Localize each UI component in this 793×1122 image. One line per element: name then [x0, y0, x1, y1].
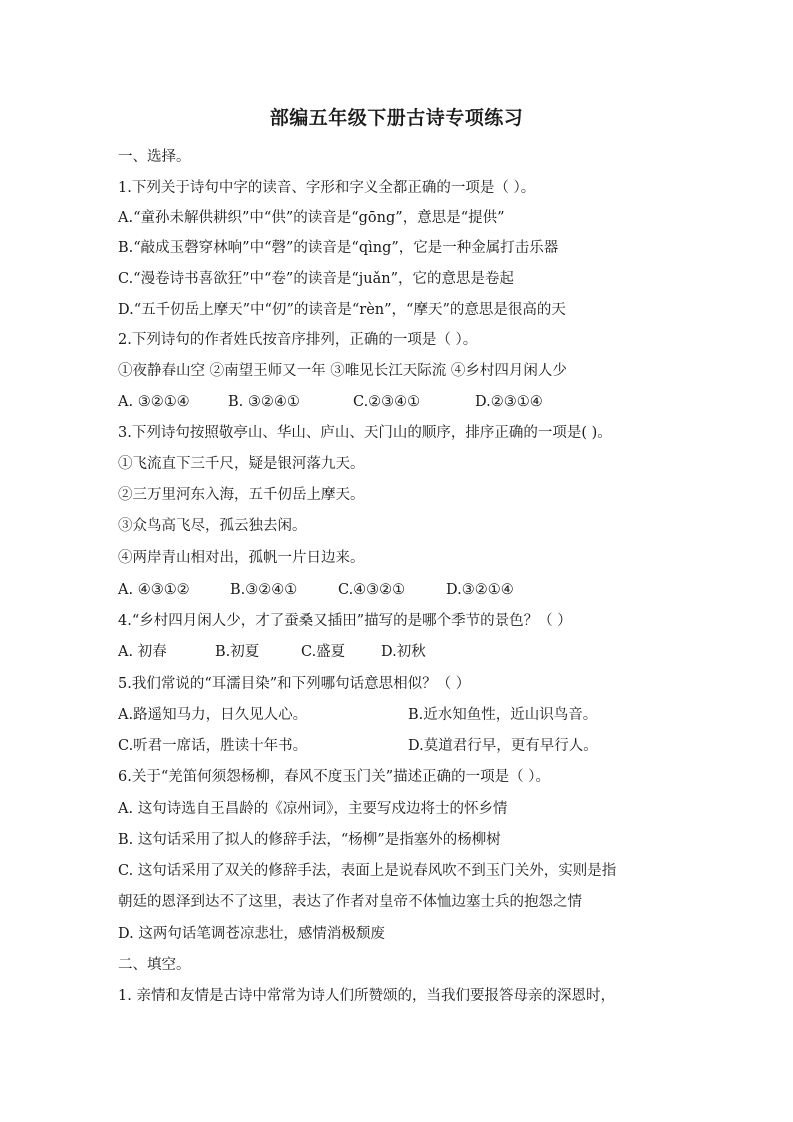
question-3-item-4: ④两岸青山相对出，孤帆一片日边来。	[118, 548, 365, 568]
question-6-option-b: B. 这句话采用了拟人的修辞手法，“杨柳”是指塞外的杨柳树	[118, 830, 501, 850]
question-3-option-a: A. ④③①②	[118, 580, 230, 600]
question-1-stem: 1.下列关于诗句中字的读音、字形和字义全都正确的一项是（ ）。	[118, 178, 535, 198]
question-4-option-a: A. 初春	[118, 642, 215, 662]
question-1-option-b: B.“敲成玉磬穿林响”中“磬”的读音是“qìng”，它是一种金属打击乐器	[118, 238, 558, 258]
question-3-item-2: ②三万里河东入海，五千仞岳上摩天。	[118, 485, 365, 505]
question-2-option-a: A. ③②①④	[118, 392, 228, 412]
question-5-option-c: C.听君一席话，胜读十年书。	[118, 736, 408, 756]
question-3-item-3: ③众鸟高飞尽，孤云独去闲。	[118, 516, 307, 536]
question-3-options: A. ④③①②B.③②④①C.④③②①D.③②①④	[118, 580, 514, 600]
question-1-option-d: D.“五千仞岳上摩天”中“仞”的读音是“rèn”，“摩天”的意思是很高的天	[118, 300, 566, 320]
question-4-option-d: D.初秋	[381, 642, 426, 662]
question-6-option-c-continued: 朝廷的恩泽到达不了这里，表达了作者对皇帝不体恤边塞士兵的抱怨之情	[118, 892, 582, 912]
question-2-stem: 2.下列诗句的作者姓氏按音序排列，正确的一项是（ ）。	[118, 330, 477, 350]
question-6-option-a: A. 这句诗选自王昌龄的《凉州词》，主要写戍边将士的怀乡情	[118, 799, 507, 819]
question-6-option-c: C. 这句话采用了双关的修辞手法，表面上是说春风吹不到玉门关外，实则是指	[118, 861, 616, 881]
section-heading-choice: 一、选择。	[118, 147, 191, 167]
question-2-options: A. ③②①④B. ③②④①C.②③④①D.②③①④	[118, 392, 543, 412]
question-1-option-c: C.“漫卷诗书喜欲狂”中“卷”的读音是“juǎn”，它的意思是卷起	[118, 269, 514, 289]
question-6-stem: 6.关于“羌笛何须怨杨柳，春风不度玉门关”描述正确的一项是（ ）。	[118, 767, 550, 787]
question-2-option-b: B. ③②④①	[228, 392, 353, 412]
question-3-option-d: D.③②①④	[446, 580, 514, 600]
question-5-option-d: D.莫道君行早，更有早行人。	[408, 736, 598, 756]
question-2-items: ①夜静春山空 ②南望王师又一年 ③唯见长江天际流 ④乡村四月闲人少	[118, 361, 567, 381]
question-4-options: A. 初春B.初夏C.盛夏D.初秋	[118, 642, 426, 662]
question-3-option-b: B.③②④①	[230, 580, 338, 600]
question-2-option-d: D.②③①④	[475, 392, 543, 412]
fill-in-question-1: 1. 亲情和友情是古诗中常常为诗人们所赞颂的，当我们要报答母亲的深恩时，	[118, 986, 615, 1006]
question-5-option-b: B.近水知鱼性，近山识鸟音。	[408, 705, 597, 725]
question-2-option-c: C.②③④①	[353, 392, 475, 412]
section-heading-fill-in: 二、填空。	[118, 955, 191, 975]
question-5-option-a: A.路遥知马力，日久见人心。	[118, 705, 408, 725]
page-title: 部编五年级下册古诗专项练习	[0, 103, 793, 130]
question-6-option-d: D. 这两句话笔调苍凉悲壮，感情消极颓废	[118, 924, 385, 944]
question-4-option-b: B.初夏	[215, 642, 301, 662]
question-1-option-a: A.“童孙未解供耕织”中“供”的读音是“gōng”，意思是“提供”	[118, 208, 505, 228]
question-5-stem: 5.我们常说的“耳濡目染”和下列哪句话意思相似？（ ）	[118, 674, 470, 694]
question-4-stem: 4.“乡村四月闲人少，才了蚕桑又插田”描写的是哪个季节的景色？（ ）	[118, 611, 572, 631]
question-3-option-c: C.④③②①	[338, 580, 446, 600]
question-3-item-1: ①飞流直下三千尺，疑是银河落九天。	[118, 454, 365, 474]
question-4-option-c: C.盛夏	[301, 642, 381, 662]
question-5-options-row-2: C.听君一席话，胜读十年书。D.莫道君行早，更有早行人。	[118, 736, 598, 756]
question-3-stem: 3.下列诗句按照敬亭山、华山、庐山、天门山的顺序，排序正确的一项是( )。	[118, 423, 612, 443]
question-5-options-row-1: A.路遥知马力，日久见人心。B.近水知鱼性，近山识鸟音。	[118, 705, 597, 725]
